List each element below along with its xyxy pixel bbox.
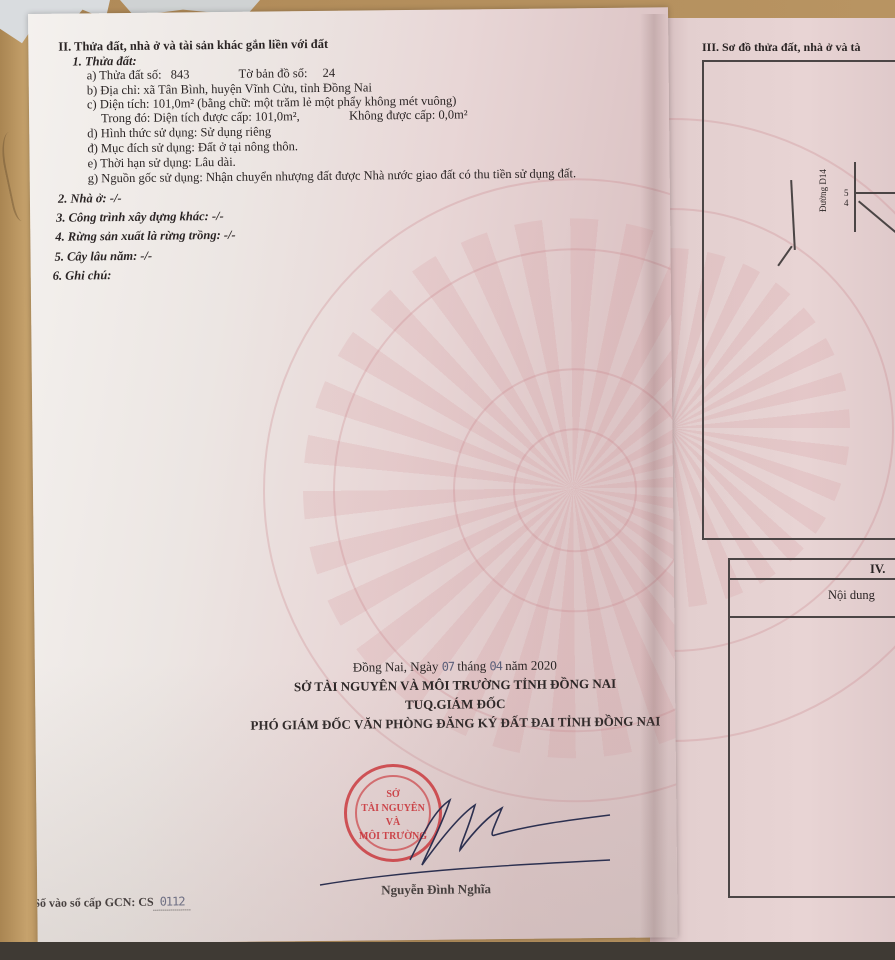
authorization-title: TUQ.GIÁM ĐỐC bbox=[185, 693, 678, 717]
month-label: tháng bbox=[457, 658, 486, 673]
registry-label: Số vào sổ cấp GCN: CS bbox=[33, 895, 153, 910]
registry-handwritten-value: 0112 bbox=[154, 894, 191, 910]
parcel-diagram-frame: Đường D14 5 4 bbox=[702, 60, 895, 540]
parcel-boundary-line bbox=[856, 192, 895, 194]
table-edge-shadow bbox=[0, 942, 895, 960]
watermark-star-center bbox=[512, 428, 637, 553]
perennial-trees-item: 5. Cây lâu năm: -/- bbox=[54, 249, 152, 265]
section-4-table: IV. Nội dung bbox=[728, 558, 895, 898]
date-prefix: Đồng Nai, Ngày bbox=[353, 659, 439, 675]
area-field: c) Diện tích: 101,0m² (bằng chữ: một tră… bbox=[87, 94, 457, 113]
handwritten-signature bbox=[310, 790, 630, 890]
registry-number: Số vào sổ cấp GCN: CS0112 bbox=[33, 894, 190, 912]
year-text: năm 2020 bbox=[505, 657, 557, 673]
use-form-field: d) Hình thức sử dụng: Sử dụng riêng bbox=[87, 124, 271, 141]
watermark-ring bbox=[330, 246, 677, 735]
area-granted-field: Trong đó: Diện tích được cấp: 101,0m², bbox=[101, 109, 300, 126]
parcel-heading: 1. Thửa đất: bbox=[72, 54, 136, 70]
other-construction-item: 3. Công trình xây dựng khác: -/- bbox=[56, 209, 224, 226]
map-point-label: 4 bbox=[844, 196, 849, 211]
parcel-number-field: a) Thửa đất số: 843 bbox=[87, 67, 190, 83]
road-label: Đường D14 bbox=[816, 169, 831, 212]
table-rule bbox=[730, 616, 895, 618]
road-edge-line bbox=[790, 180, 796, 250]
parcel-boundary-line bbox=[854, 162, 856, 232]
area-not-granted-field: Không được cấp: 0,0m² bbox=[349, 107, 468, 123]
issue-date: Đồng Nai, Ngày 07 tháng 04 năm 2020 bbox=[185, 655, 678, 679]
use-purpose-field: đ) Mục đích sử dụng: Đất ở tại nông thôn… bbox=[87, 139, 298, 156]
signer-position: PHÓ GIÁM ĐỐC VĂN PHÒNG ĐĂNG KÝ ĐẤT ĐAI T… bbox=[155, 711, 677, 735]
section-4-title: IV. bbox=[870, 562, 885, 577]
parcel-number-label: a) Thửa đất số: bbox=[87, 68, 162, 83]
road-edge-line bbox=[777, 246, 792, 267]
handwritten-day: 07 bbox=[442, 660, 455, 674]
map-sheet-label: Tờ bản đồ số: bbox=[239, 66, 308, 81]
address-field: b) Địa chỉ: xã Tân Bình, huyện Vĩnh Cửu,… bbox=[87, 80, 372, 98]
handwritten-month: 04 bbox=[489, 659, 502, 673]
parcel-boundary-line bbox=[858, 200, 895, 240]
watermark-ring bbox=[260, 175, 678, 806]
section-3-title: III. Sơ đồ thửa đất, nhà ở và tà bbox=[702, 40, 861, 55]
map-sheet-value: 24 bbox=[322, 66, 335, 80]
certificate-right-page: III. Sơ đồ thửa đất, nhà ở và tà Đường D… bbox=[650, 18, 895, 953]
notes-item: 6. Ghi chú: bbox=[53, 268, 112, 284]
table-rule bbox=[730, 578, 895, 580]
use-origin-field: g) Nguồn gốc sử dụng: Nhận chuyển nhượng… bbox=[88, 166, 576, 186]
page-fold-shadow bbox=[640, 14, 668, 954]
map-sheet-field: Tờ bản đồ số: 24 bbox=[239, 66, 336, 82]
house-item: 2. Nhà ở: -/- bbox=[58, 191, 122, 207]
section-2-title: II. Thửa đất, nhà ở và tài sản khác gắn … bbox=[58, 37, 328, 55]
use-term-field: e) Thời hạn sử dụng: Lâu dài. bbox=[87, 155, 235, 172]
watermark-drum-pattern bbox=[300, 216, 678, 762]
table-column-header: Nội dung bbox=[828, 588, 875, 603]
planted-forest-item: 4. Rừng sản xuất là rừng trồng: -/- bbox=[55, 228, 235, 245]
parcel-number-value: 843 bbox=[171, 67, 190, 81]
issuing-authority: SỞ TÀI NGUYÊN VÀ MÔI TRƯỜNG TỈNH ĐỒNG NA… bbox=[185, 674, 678, 698]
